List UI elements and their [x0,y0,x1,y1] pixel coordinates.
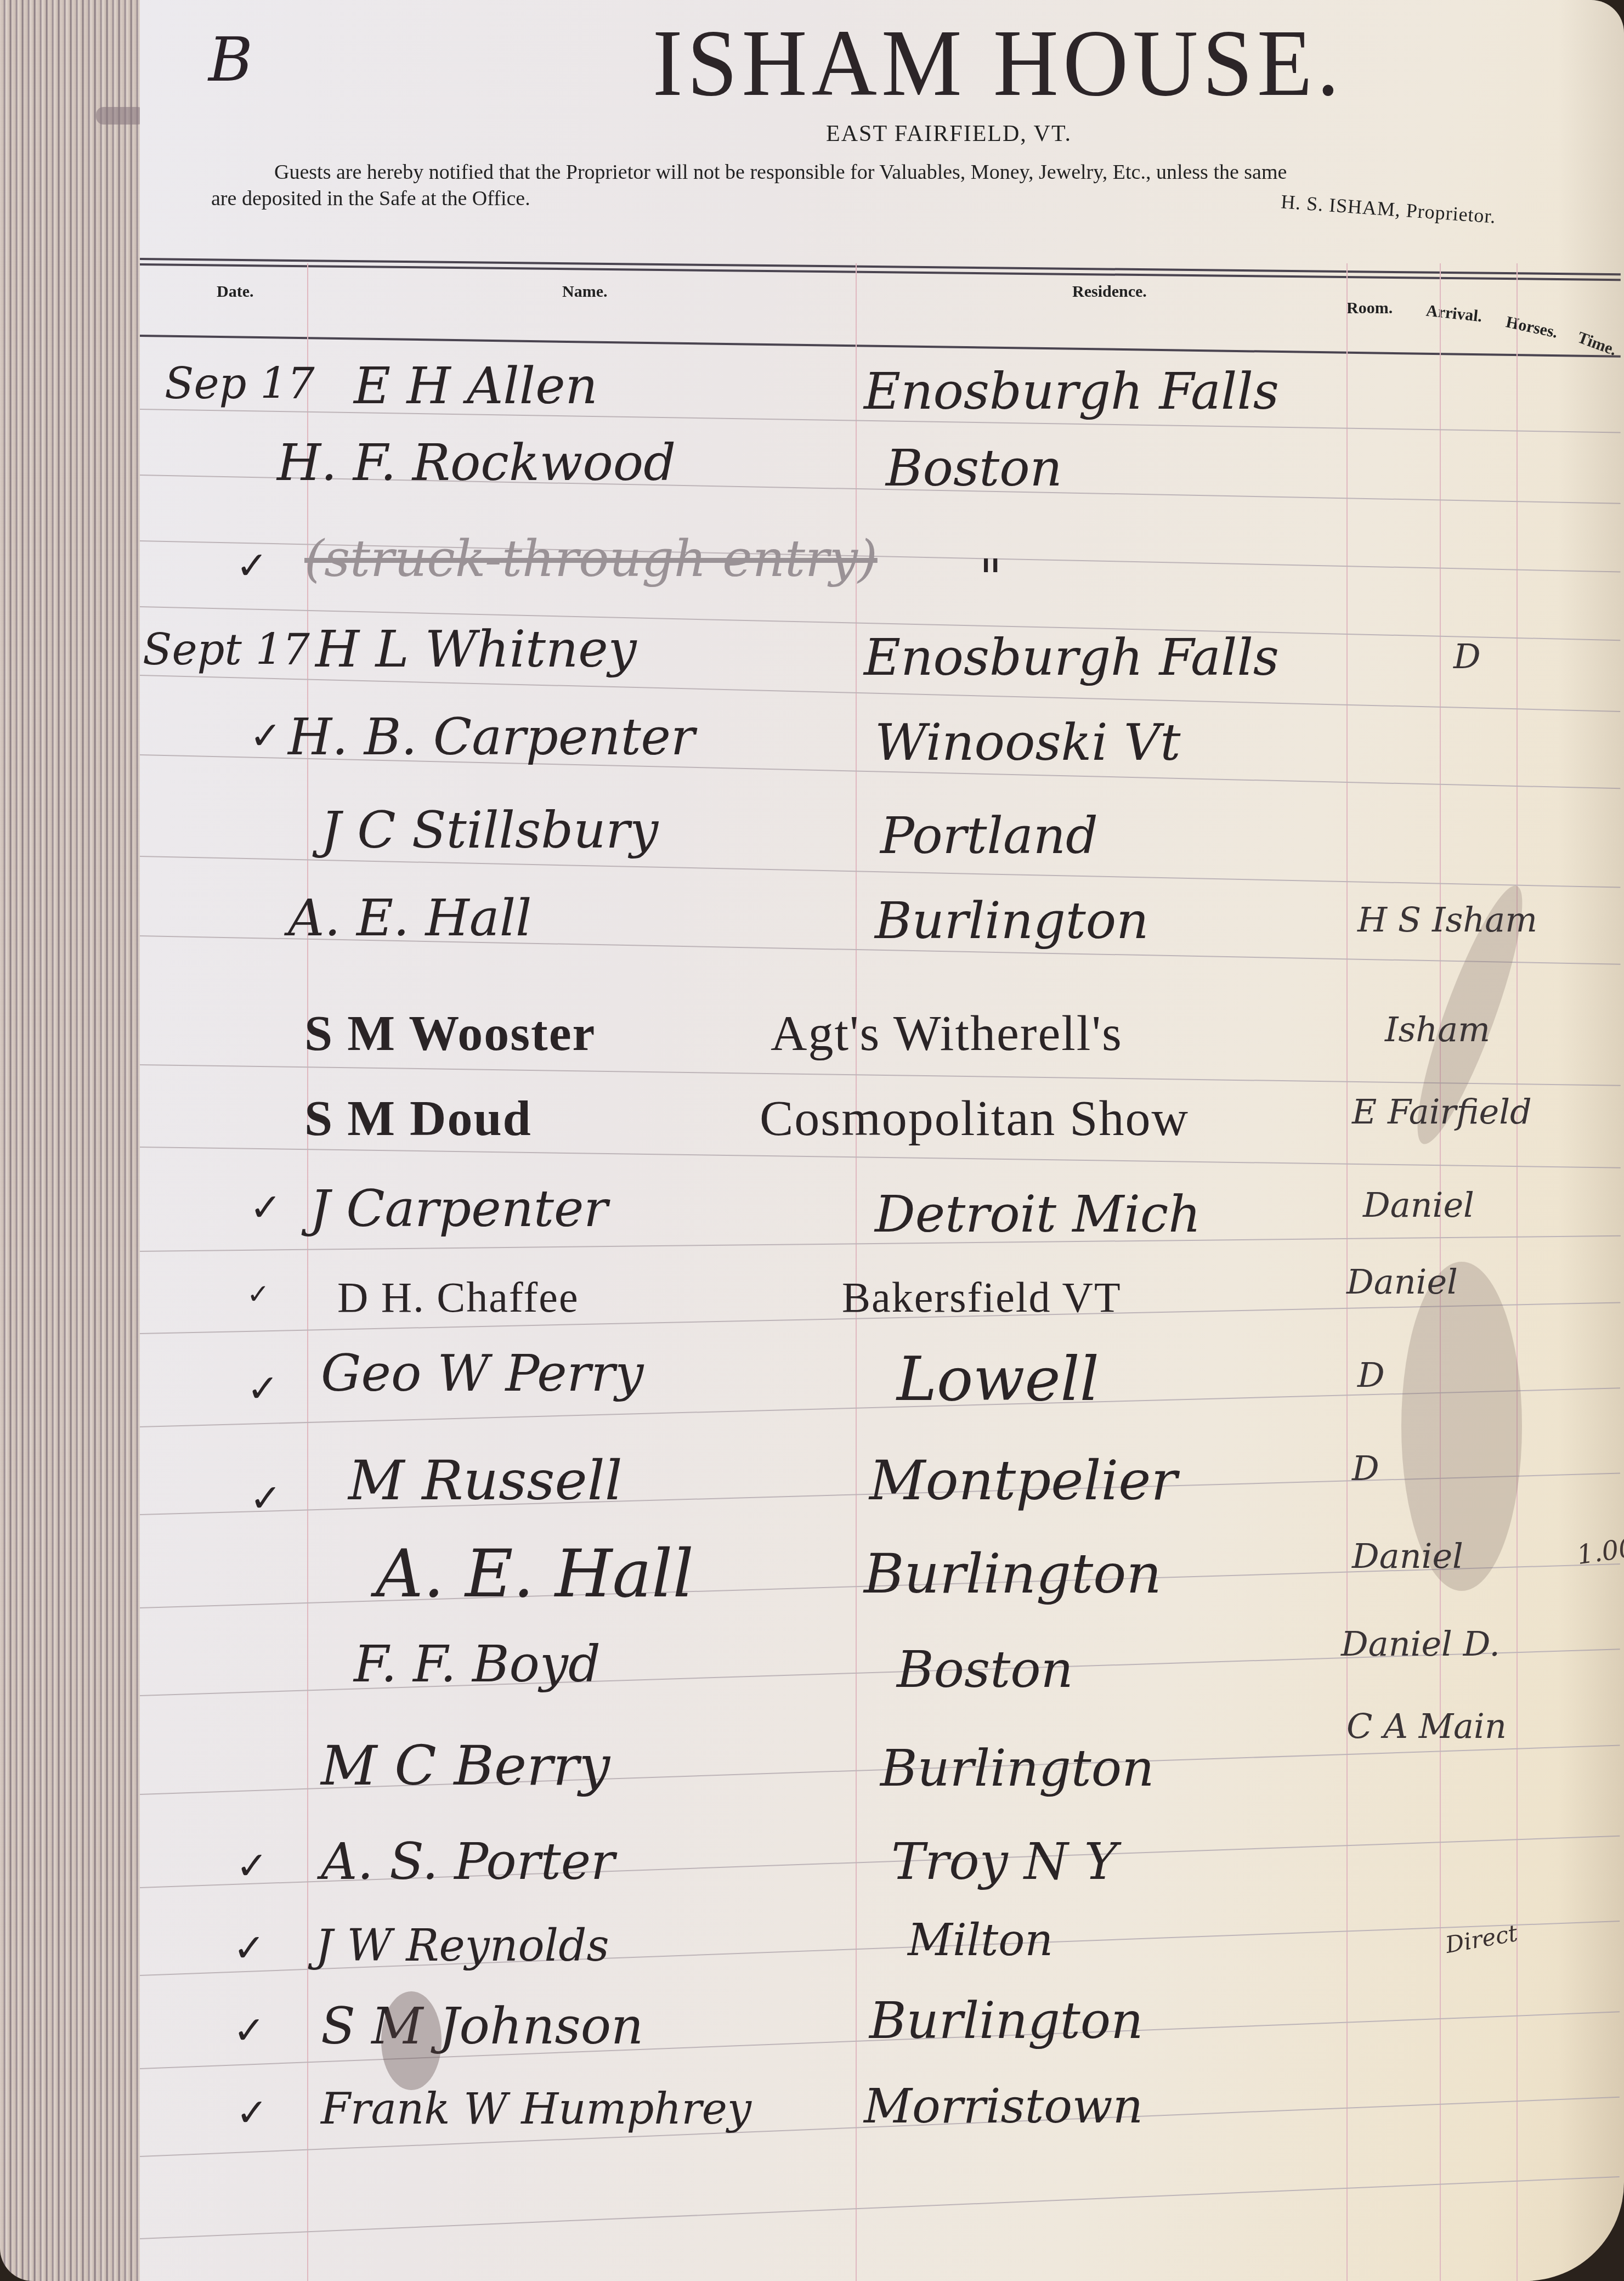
column-date: Date. [217,283,253,301]
entry-name: J W Reynolds [315,1920,609,1971]
entry-residence: Troy N Y [891,1832,1117,1891]
entry-residence: Burlington [864,1542,1162,1606]
entry-residence: Morristown [864,2079,1143,2134]
check-mark: ✓ [247,1366,279,1411]
entry-name: M Russell [348,1448,623,1512]
entry-clerk: Daniel [1363,1185,1474,1225]
column-horses: Horses. [1504,313,1560,342]
entry-clerk: D [1357,1355,1385,1395]
entry-clerk: Daniel D. [1341,1624,1500,1664]
ruled-line [140,2176,1620,2239]
entry-name: F. F. Boyd [354,1635,601,1693]
entry-name: S M Doud [304,1089,532,1147]
entry-residence: " [979,549,1002,607]
ruled-line [140,1147,1621,1168]
page-edges [0,0,145,2281]
check-mark: ✓ [233,2008,265,2053]
entry-residence: Boston [897,1640,1073,1699]
entry-residence: Enosburgh Falls [864,362,1279,421]
entry-clerk: D [1352,1448,1379,1488]
entry-name: Frank W Humphrey [321,2085,751,2134]
check-mark: ✓ [250,1476,282,1521]
entry-residence: Bakersfield VT [842,1273,1122,1322]
entry-name-struck: (struck-through entry) [304,529,878,588]
header-rule-bottom [140,335,1621,359]
page-title: ISHAM HOUSE. [532,8,1464,118]
entry-clerk: D [1453,636,1481,676]
column-name: Name. [562,283,607,301]
entry-name: Geo W Perry [321,1344,644,1403]
entry-residence: Burlington [875,891,1148,950]
amount-note: 1.00 [1575,1532,1624,1571]
faint-margin-note: Direct [1444,1919,1520,1958]
column-arrival: Arrival. [1425,302,1483,326]
register-page: B ISHAM HOUSE. EAST FAIRFIELD, VT. Guest… [140,0,1624,2281]
entry-residence: Burlington [880,1739,1154,1798]
entry-name: A. E. Hall [288,889,532,947]
entry-name: M C Berry [321,1734,610,1798]
check-mark: ✓ [236,2090,268,2135]
entry-date: Sept 17 [143,625,310,675]
entry-date: Sep 17 [165,359,315,409]
ruled-line [140,1064,1621,1086]
entry-residence: Winooski Vt [875,713,1180,772]
entry-name: D H. Chaffee [337,1273,579,1322]
check-mark: ✓ [233,1926,265,1971]
check-mark: ✓ [250,1185,282,1230]
entry-residence: Cosmopolitan Show [760,1089,1189,1147]
entry-residence: Detroit Mich [875,1185,1201,1244]
entry-name: S M Johnson [321,1997,643,2056]
entry-name: J C Stillsbury [321,801,658,860]
column-room: Room. [1346,299,1393,318]
register-book: B ISHAM HOUSE. EAST FAIRFIELD, VT. Guest… [0,0,1624,2281]
entry-residence: Lowell [897,1344,1099,1414]
entry-residence: Burlington [869,1991,1143,2050]
entry-residence: Montpelier [869,1448,1177,1512]
location: EAST FAIRFIELD, VT. [633,121,1264,147]
ink-blot [381,1991,442,2090]
entry-clerk: E Fairfield [1352,1092,1532,1132]
column-time: Time. [1575,328,1619,359]
column-residence: Residence. [1072,283,1147,301]
check-mark: ✓ [236,1843,268,1888]
entry-residence: Agt's Witherell's [771,1004,1123,1062]
check-mark: ✓ [247,1278,270,1310]
entry-residence: Portland [880,806,1098,865]
entry-name: A. E. Hall [376,1536,694,1612]
notice-line-1: Guests are hereby notified that the Prop… [211,159,1615,185]
entry-name: A. S. Porter [321,1832,615,1891]
entry-name: H. F. Rockwood [277,433,676,492]
entry-clerk: Daniel [1352,1536,1463,1576]
check-mark: ✓ [250,713,282,758]
entry-clerk: H S Isham [1357,900,1537,940]
entry-clerk: Daniel [1346,1262,1458,1302]
entry-residence: Boston [886,439,1062,498]
entry-name: S M Wooster [304,1004,596,1062]
column-divider [1517,263,1518,2281]
page-tab-marker [96,107,145,125]
entry-residence: Milton [908,1915,1053,1966]
entry-residence: Enosburgh Falls [864,628,1279,687]
entry-name: H L Whitney [315,620,637,679]
entry-name: H. B. Carpenter [288,708,695,766]
entry-name: E H Allen [354,357,598,415]
header-rule-top [140,258,1621,281]
entry-clerk: C A Main [1346,1706,1507,1746]
check-mark: ✓ [236,543,268,588]
section-mark: B [208,25,253,95]
entry-clerk: Isham [1385,1009,1490,1049]
entry-name: J Carpenter [310,1179,608,1238]
